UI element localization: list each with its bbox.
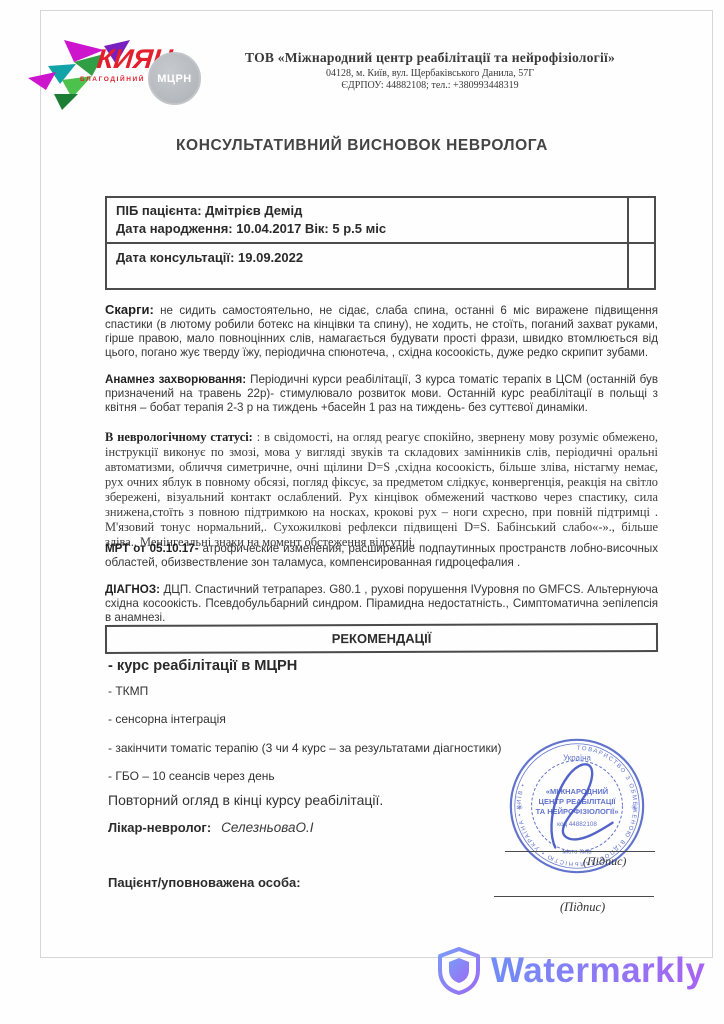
section-diagnosis: ДІАГНОЗ: ДЦП. Спастичний тетрапарез. G80… [105,583,658,626]
recommendation-item: - ТКМП [108,684,148,698]
doctor-name-signature: СелезньоваО.І [221,820,313,835]
doctor-label: Лікар-невролог: [108,820,211,835]
section-diagnosis-label: ДІАГНОЗ: [105,583,160,596]
patient-signature-line [494,896,654,897]
section-complaints: Скарги: не сидить самостоятельно, не сід… [105,303,658,361]
patient-name-row: ПІБ пацієнта: Дмітрієв Демід [116,203,302,218]
patient-birth-row: Дата народження: 10.04.2017 Вік: 5 р.5 м… [116,221,386,236]
company-contacts: ЄДРПОУ: 44882108; тел.: +380993448319 [225,80,635,91]
company-name: ТОВ «Міжнародний центр реабілітації та н… [225,50,635,66]
section-neuro-status-label: В неврологічному статусі: [105,430,253,444]
stamp-country: Україна [563,754,591,763]
section-neuro-status-text: : в свідомості, на огляд реагує спокійно… [105,430,658,549]
document-page: КИЯН БЛАГОДІЙНИЙ ФОНД МЦРН ТОВ «Міжнарод… [0,0,724,1024]
doctor-signature-line [505,851,655,852]
section-mri: МРТ от 05.10.17- атрофические изменения,… [105,542,658,570]
section-neuro-status: В неврологічному статусі: : в свідомості… [105,430,658,550]
stamp-line3: ТА НЕЙРОФІЗІОЛОГІЇ» [536,807,619,816]
doctor-line: Лікар-невролог:СелезньоваО.І [108,820,314,835]
section-complaints-text: не сидить самостоятельно, не сідає, слаб… [105,304,658,360]
patient-signer-label: Пацієнт/уповноважена особа: [108,875,301,890]
consult-date-row: Дата консультації: 19.09.2022 [116,250,303,265]
watermark: Watermarkly [436,946,705,996]
section-diagnosis-text: ДЦП. Спастичний тетрапарез. G80.1 , рухо… [105,583,658,624]
organization-stamp: ТОВАРИСТВО З ОБМЕЖЕНОЮ ВІДПОВІДАЛЬНІСТЮ … [498,727,656,885]
table-horizontal-divider [107,242,654,244]
company-address: 04128, м. Київ, вул. Щербаківського Дани… [225,68,635,79]
recommendations-heading-box: РЕКОМЕНДАЦІЇ [105,623,658,654]
recommendation-item: - сенсорна інтеграція [108,712,226,726]
patient-table: ПІБ пацієнта: Дмітрієв Демід Дата народж… [105,196,656,290]
signature-caption: (Підпис) [583,854,626,869]
section-anamnesis: Анамнез захворювання: Періодичні курси р… [105,373,658,416]
followup-note: Повторний огляд в кінці курсу реабілітац… [108,792,383,808]
section-anamnesis-label: Анамнез захворювання: [105,373,246,386]
stamp-star-left: ✳ [516,803,523,812]
company-header: ТОВ «Міжнародний центр реабілітації та н… [225,50,635,91]
stamp-star-right: ✳ [631,803,638,812]
recommendation-item: - закінчити томатіс терапію (3 чи 4 курс… [108,741,501,755]
mcrn-gray-seal: МЦРН [148,52,201,105]
recommendation-item: - ГБО – 10 сеансів через день [108,769,275,783]
recommendation-item: - курс реабілітації в МЦРН [108,658,297,674]
signature-caption: (Підпис) [560,900,605,915]
section-complaints-label: Скарги: [105,302,154,317]
section-mri-label: МРТ от 05.10.17- [105,542,199,555]
page-title: КОНСУЛЬТАТИВНИЙ ВИСНОВОК НЕВРОЛОГА [0,137,724,155]
shield-icon [436,946,482,996]
stamp-line1: «МІЖНАРОДНИЙ [546,787,608,796]
watermark-text: Watermarkly [491,951,705,991]
